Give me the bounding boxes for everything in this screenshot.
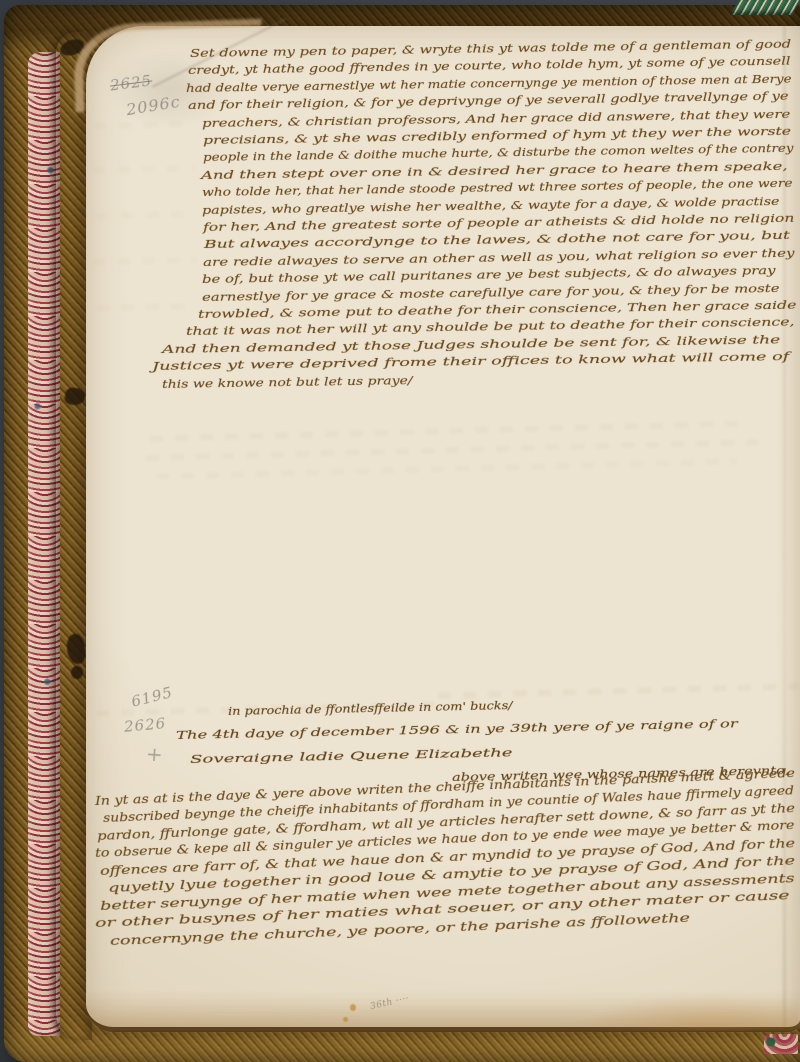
corner-marble-paper — [764, 1034, 798, 1054]
ink-blot — [71, 666, 83, 679]
browning-stain-corner — [580, 983, 800, 1029]
ink-blot — [66, 633, 87, 664]
headband — [730, 0, 800, 15]
manuscript-page: 2625 2096c 6195 2626 + 36th ···· Set dow… — [86, 26, 800, 1032]
photo-scene: 2625 2096c 6195 2626 + 36th ···· Set dow… — [0, 0, 800, 1062]
manuscript-text-block-lower: In yt as at is the daye & yere above wri… — [86, 26, 800, 1027]
ink-blot — [64, 387, 86, 407]
